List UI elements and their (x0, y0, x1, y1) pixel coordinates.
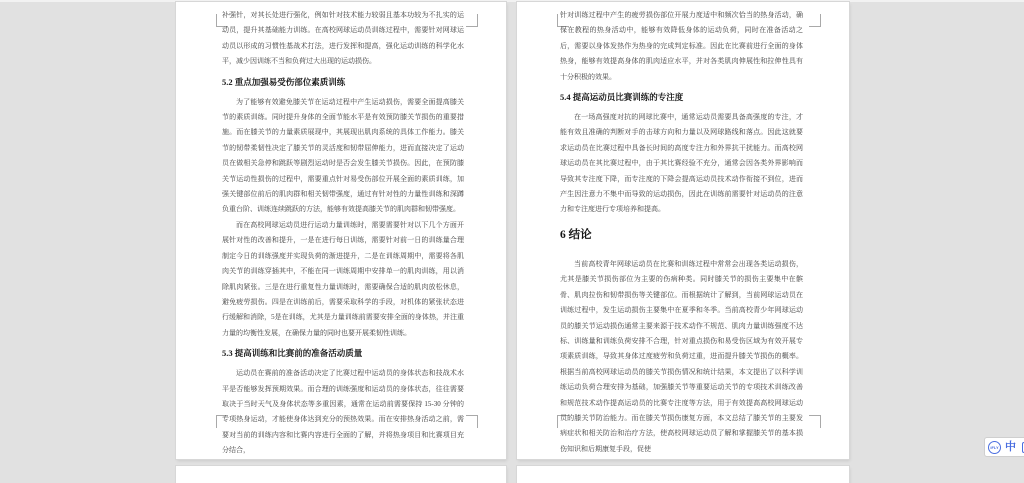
section-heading-5-3: 5.3 提高训练和比赛前的准备活动质量 (222, 346, 464, 361)
document-page-2[interactable]: 针对训练过程中产生的疲劳损伤部位开展力度适中和频次恰当的热身活动，确保在教程的热… (517, 2, 849, 459)
section-heading-5-4: 5.4 提高运动员比赛训练的专注度 (560, 90, 803, 105)
text-boundary-mark-bottom-right (466, 415, 478, 428)
paragraph: 当前高校青年网球运动员在比赛和训练过程中常常会出现各类运动损伤，尤其是膝关节损伤… (560, 257, 803, 457)
ime-toolbar[interactable]: iFLY 中 (984, 437, 1024, 457)
paragraph: 而在高校网球运动员进行运动力量训练时，需要需要针对以下几个方面开展针对性的改善和… (222, 218, 464, 341)
document-page-3-top-edge[interactable] (176, 466, 506, 483)
paragraph: 运动员在赛前的准备活动决定了比赛过程中运动员的身体状态和技战术水平是否能够发挥预… (222, 366, 464, 458)
paragraph: 在一场高强度对抗的网球比赛中，通常运动员需要具备高强度的专注，才能有效且准确的判… (560, 110, 803, 218)
paragraph: 针对训练过程中产生的疲劳损伤部位开展力度适中和频次恰当的热身活动，确保在教程的热… (560, 8, 803, 85)
window-top-edge (0, 0, 1024, 2)
ime-logo-icon[interactable]: iFLY (988, 441, 1001, 454)
page-1-text-column: 补强针，对其长处进行强化，例如针对技术能力较弱且基本功较为不扎实的运动员，提升其… (222, 8, 464, 459)
ime-chinese-mode-button[interactable]: 中 (1005, 441, 1016, 454)
text-boundary-mark-bottom-right (809, 415, 821, 428)
paragraph: 补强针，对其长处进行强化，例如针对技术能力较弱且基本功较为不扎实的运动员，提升其… (222, 8, 464, 70)
section-heading-6-conclusion: 6 结论 (560, 227, 803, 244)
document-page-4-top-edge[interactable] (517, 466, 849, 483)
text-boundary-mark-top-right (466, 14, 478, 27)
document-page-1[interactable]: 补强针，对其长处进行强化，例如针对技术能力较弱且基本功较为不扎实的运动员，提升其… (176, 2, 506, 459)
paragraph: 为了能够有效避免膝关节在运动过程中产生运动损伤，需要全面提高膝关节的素质训练。同… (222, 95, 464, 218)
section-heading-5-2: 5.2 重点加强易受伤部位素质训练 (222, 75, 464, 90)
text-boundary-mark-top-right (809, 14, 821, 27)
page-2-text-column: 针对训练过程中产生的疲劳损伤部位开展力度适中和频次恰当的热身活动，确保在教程的热… (560, 8, 803, 457)
